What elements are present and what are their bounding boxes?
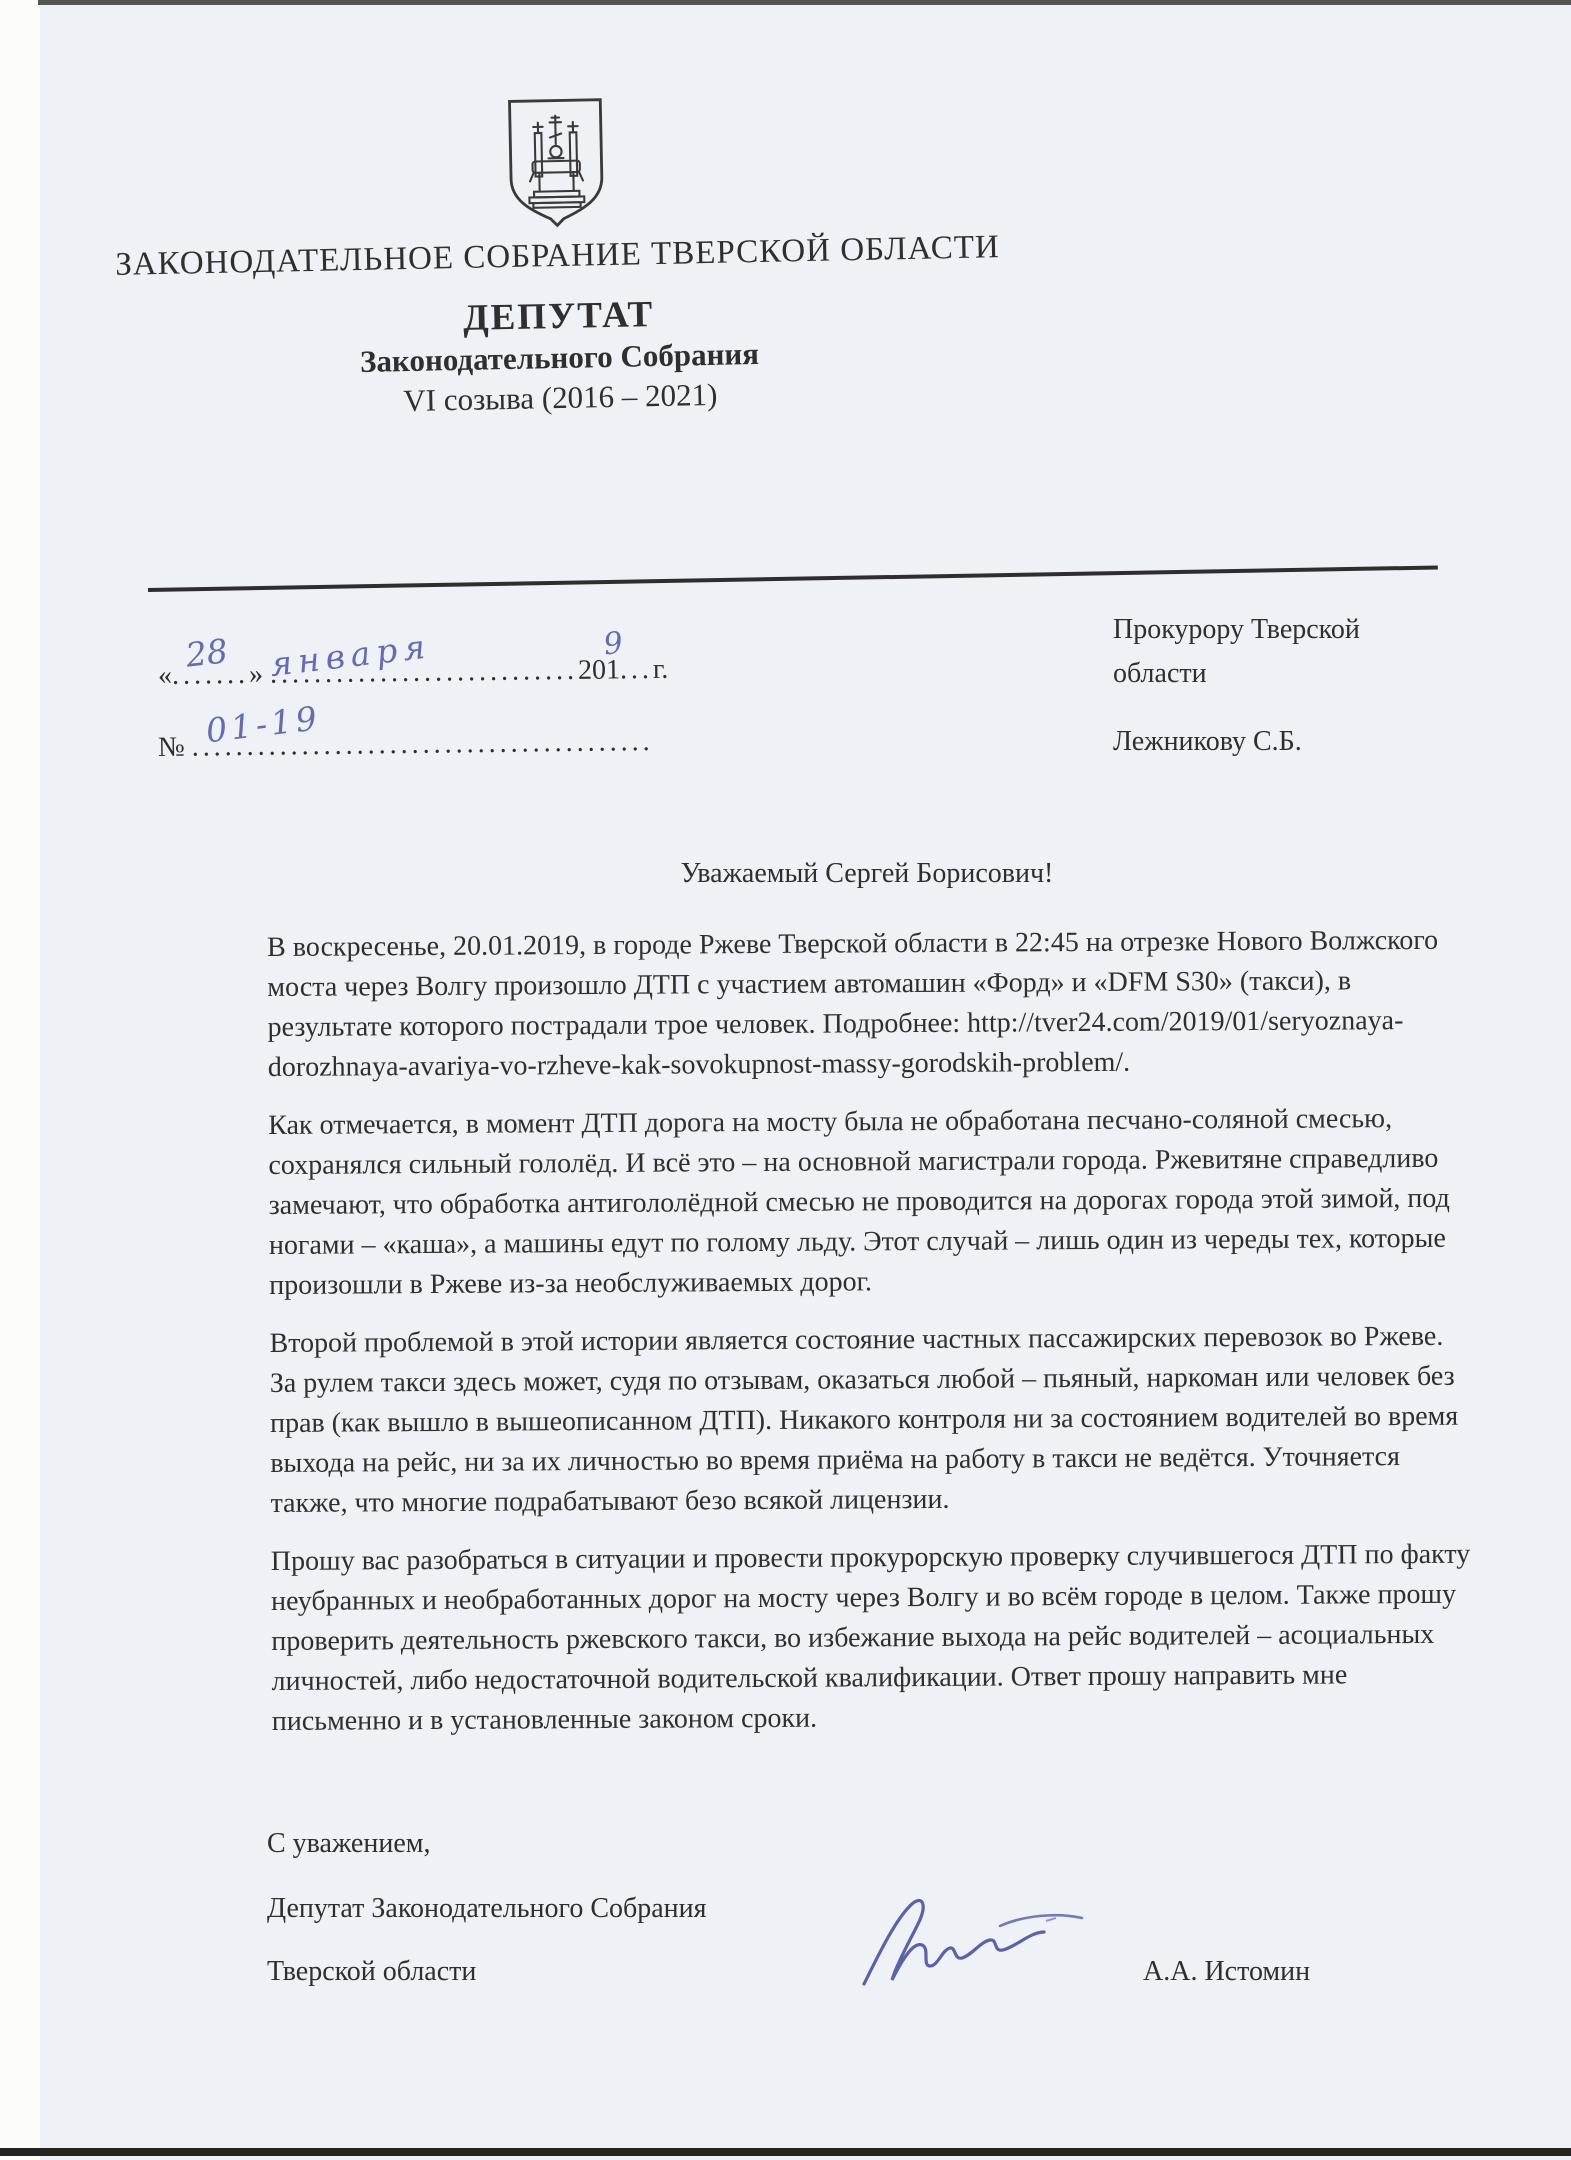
- closing-position-line1: Депутат Законодательного Собрания: [267, 1893, 707, 1925]
- signer-name: А.А. Истомин: [1143, 1956, 1310, 1988]
- organization-name: ЗАКОНОДАТЕЛЬНОЕ СОБРАНИЕ ТВЕРСКОЙ ОБЛАСТ…: [100, 229, 1016, 284]
- paragraph-taxi-problem: Второй проблемой в этой истории является…: [269, 1317, 1470, 1524]
- recipient-block: Прокурору Тверской области Лежникову С.Б…: [1113, 608, 1360, 764]
- paragraph-road-conditions: Как отмечается, в момент ДТП дорога на м…: [268, 1099, 1469, 1306]
- scan-edge-left: [0, 0, 40, 2160]
- letterhead: ЗАКОНОДАТЕЛЬНОЕ СОБРАНИЕ ТВЕРСКОЙ ОБЛАСТ…: [97, 87, 1018, 425]
- outgoing-number-line: № ......................................…: [158, 726, 654, 764]
- handwritten-day: 28: [184, 631, 230, 675]
- salutation: Уважаемый Сергей Борисович!: [267, 858, 1467, 890]
- scan-edge-bottom: [0, 2148, 1571, 2156]
- recipient-name: Лежникову С.Б.: [1113, 720, 1360, 764]
- handwritten-signature-ink-icon: [850, 1890, 1120, 2005]
- paragraph-request: Прошу вас разобраться в ситуации и прове…: [271, 1535, 1472, 1742]
- scanned-letter-page: ЗАКОНОДАТЕЛЬНОЕ СОБРАНИЕ ТВЕРСКОЙ ОБЛАСТ…: [0, 0, 1571, 2160]
- letterhead-divider-line: [148, 565, 1438, 592]
- paragraph-incident: В воскресенье, 20.01.2019, в городе Ржев…: [267, 921, 1468, 1088]
- tver-coat-of-arms-icon: [97, 87, 1014, 237]
- closing-position-line2: Тверской области: [267, 1956, 476, 1988]
- date-year-dots: ...: [620, 654, 653, 685]
- date-year-suffix: г.: [653, 654, 669, 685]
- letter-body: В воскресенье, 20.01.2019, в городе Ржев…: [267, 921, 1472, 1760]
- scan-edge-top: [38, 0, 1571, 5]
- date-line: «.......» ............................20…: [158, 654, 669, 692]
- handwritten-year-digit: 9: [602, 625, 625, 662]
- closing-regards: С уважением,: [267, 1828, 430, 1860]
- recipient-title-line1: Прокурору Тверской: [1113, 608, 1360, 652]
- date-open-quote: «: [158, 660, 172, 691]
- number-label: №: [158, 732, 185, 763]
- recipient-title-line2: области: [1113, 652, 1360, 696]
- date-close-quote: »: [249, 659, 263, 690]
